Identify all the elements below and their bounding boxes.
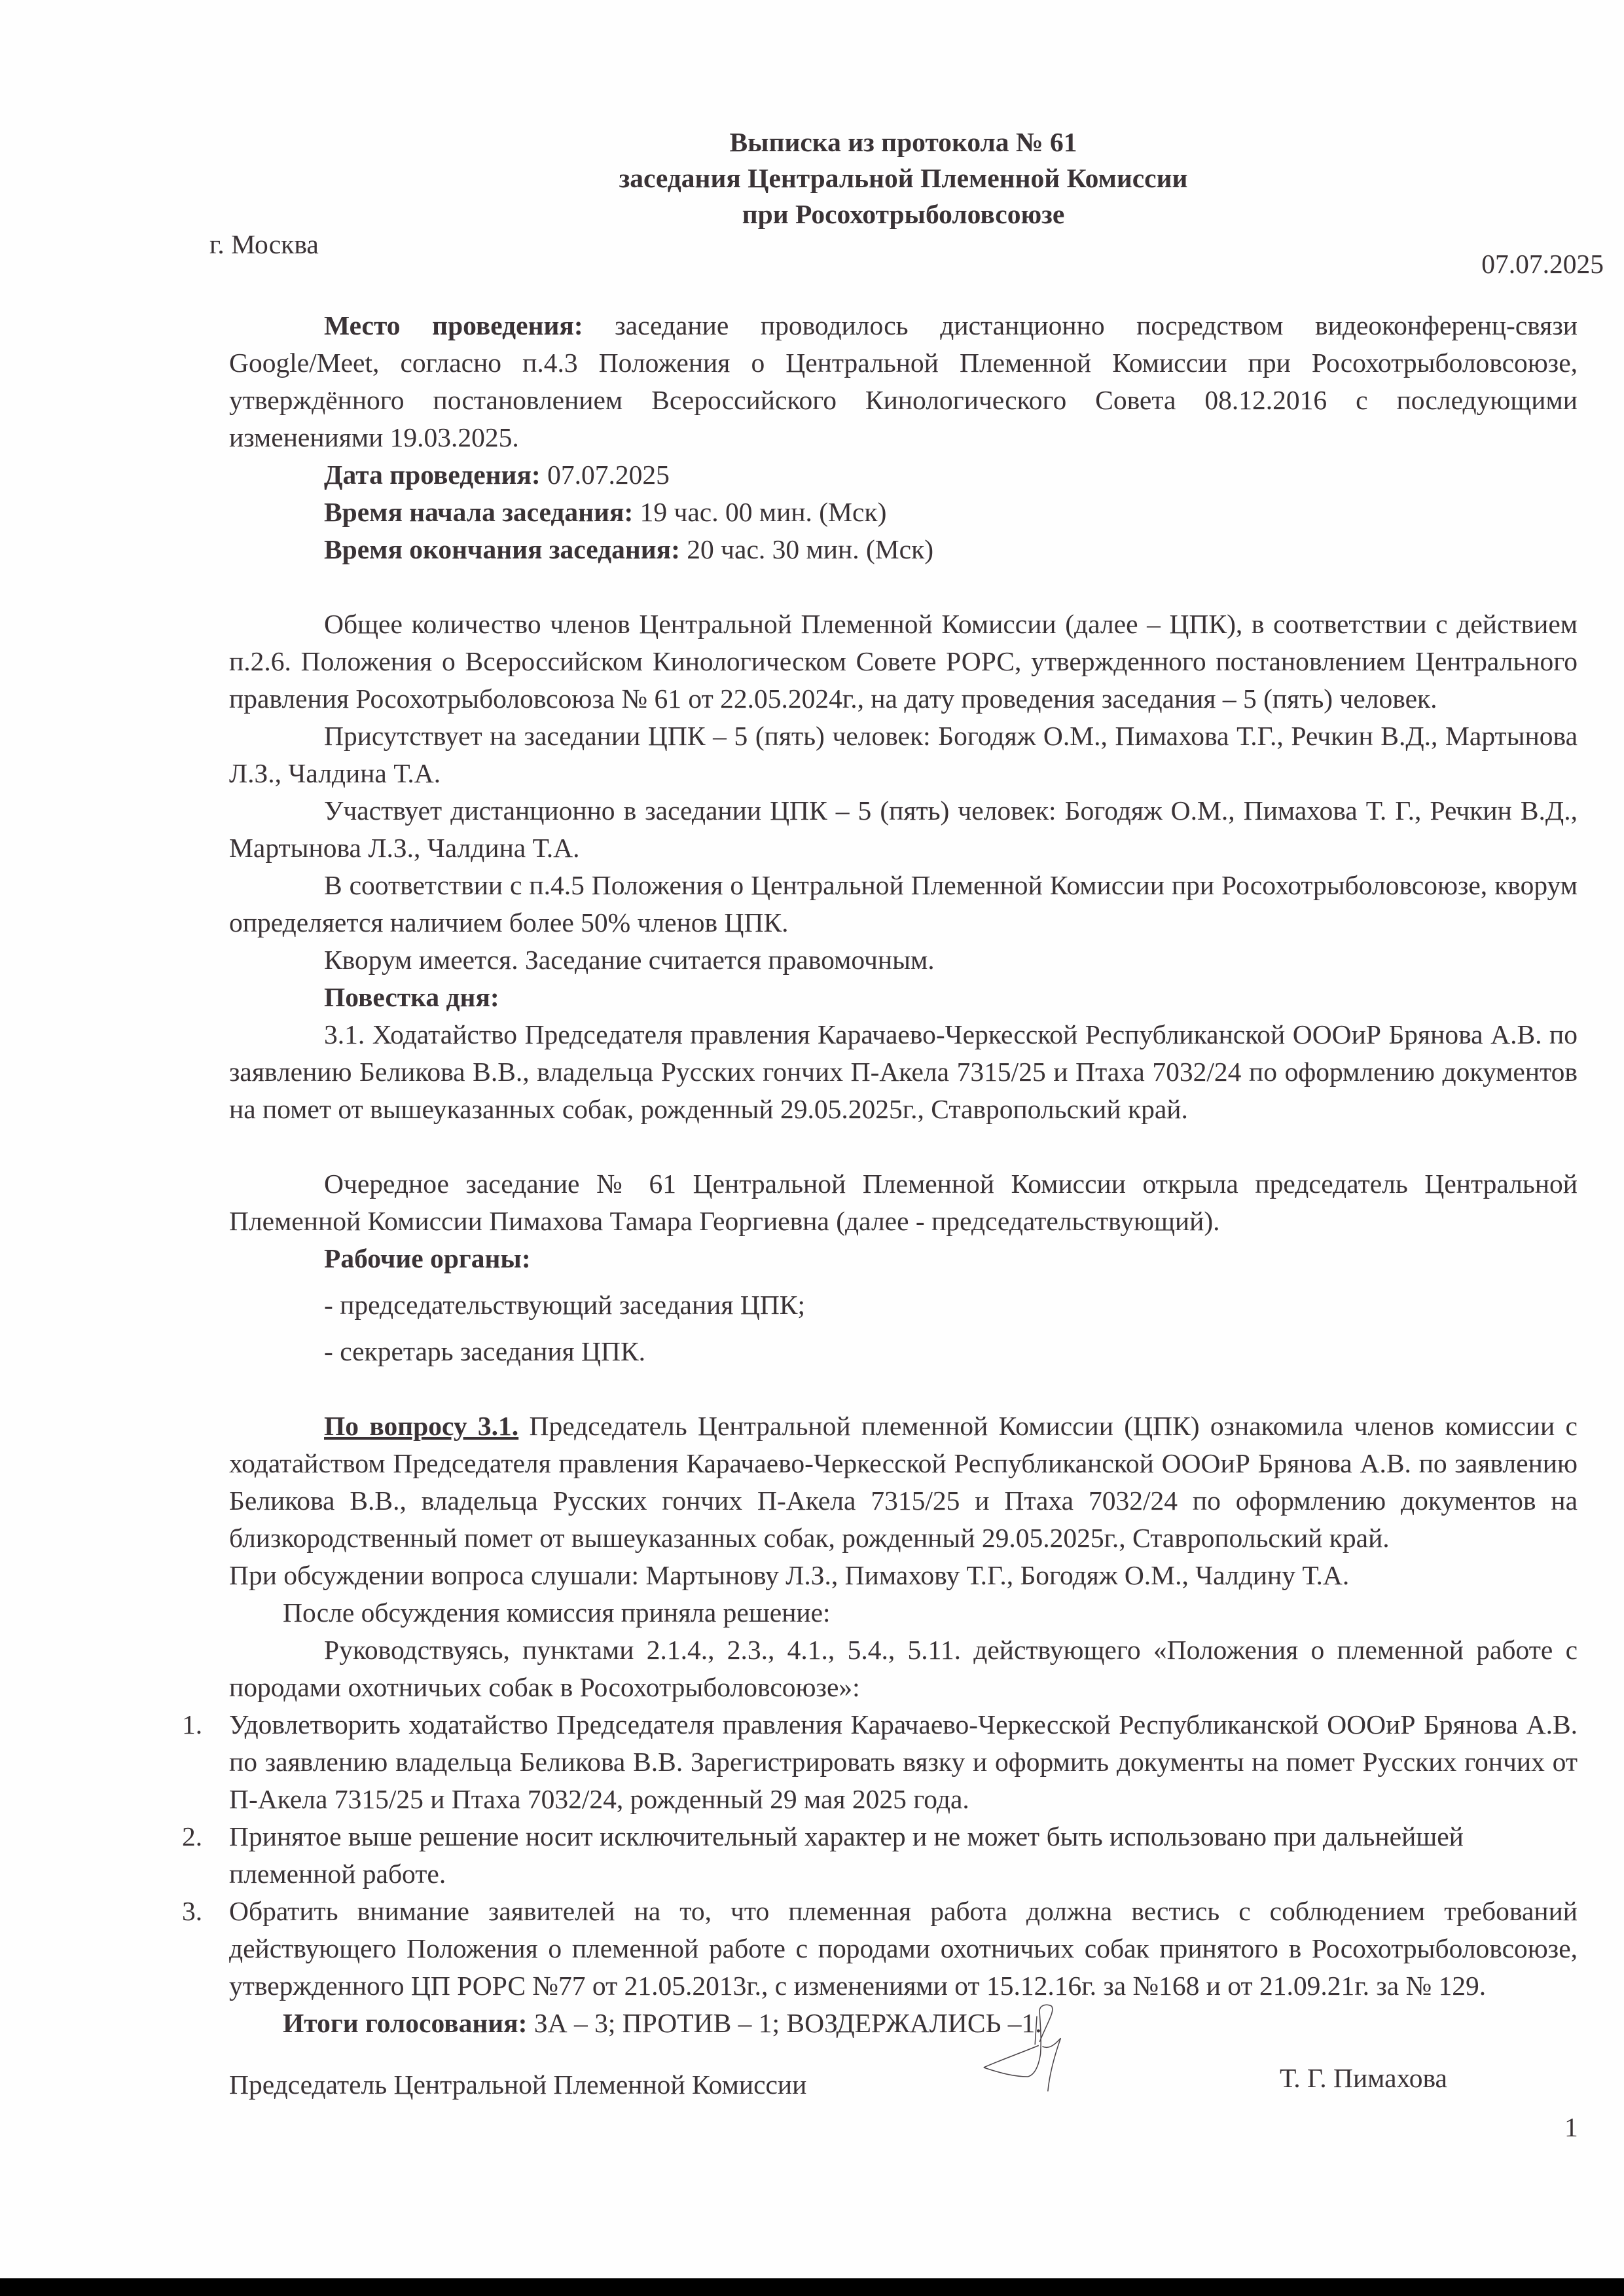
opening-text: Очередное заседание № 61 Центральной Пле… bbox=[229, 1165, 1578, 1240]
decision-text: Удовлетворить ходатайство Председателя п… bbox=[229, 1709, 1578, 1814]
document-title: Выписка из протокола № 61 заседания Цент… bbox=[229, 124, 1578, 232]
vote-label: Итоги голосования: bbox=[283, 2008, 527, 2038]
decision-text: Обратить внимание заявителей на то, что … bbox=[229, 1896, 1578, 2001]
agenda-label: Повестка дня: bbox=[229, 979, 1578, 1016]
meeting-date: Дата проведения: 07.07.2025 bbox=[229, 456, 1578, 494]
signatory-position: Председатель Центральной Племенной Комис… bbox=[229, 2069, 806, 2100]
attendance-present: Присутствует на заседании ЦПК – 5 (пять)… bbox=[229, 718, 1578, 792]
decision-number: 3. bbox=[182, 1893, 202, 1930]
document-body: Выписка из протокола № 61 заседания Цент… bbox=[229, 124, 1578, 2042]
page-number: 1 bbox=[1564, 2111, 1578, 2143]
end-value: 20 час. 30 мин. (Мск) bbox=[680, 534, 933, 564]
quorum-status: Кворум имеется. Заседание считается прав… bbox=[229, 941, 1578, 979]
decision-number: 2. bbox=[182, 1818, 202, 1855]
meeting-place: Место проведения: заседание проводилось … bbox=[229, 307, 1578, 456]
guided-by: Руководствуясь, пунктами 2.1.4., 2.3., 4… bbox=[229, 1631, 1578, 1706]
document-date: 07.07.2025 bbox=[1481, 246, 1604, 283]
decision-item: 3.Обратить внимание заявителей на то, чт… bbox=[229, 1893, 1578, 2005]
decision-item: 2.Принятое выше решение носит исключител… bbox=[229, 1818, 1578, 1893]
handwritten-signature-icon bbox=[982, 2003, 1074, 2095]
title-line-2: заседания Центральной Племенной Комиссии bbox=[229, 160, 1578, 196]
vote-result: ЗА – 3; ПРОТИВ – 1; ВОЗДЕРЖАЛИСЬ –1. bbox=[527, 2008, 1041, 2038]
working-bodies-label: Рабочие органы: bbox=[229, 1240, 1578, 1277]
meeting-start: Время начала заседания: 19 час. 00 мин. … bbox=[229, 494, 1578, 531]
attendance-remote: Участвует дистанционно в заседании ЦПК –… bbox=[229, 792, 1578, 867]
agenda-item: 3.1. Ходатайство Председателя правления … bbox=[229, 1016, 1578, 1128]
decisions-list: 1.Удовлетворить ходатайство Председателя… bbox=[229, 1706, 1578, 2005]
agenda-label-text: Повестка дня: bbox=[324, 982, 499, 1012]
scan-border bbox=[0, 2278, 1624, 2296]
signature-block: Председатель Центральной Племенной Комис… bbox=[229, 2062, 1578, 2141]
city-date-row: г. Москва 07.07.2025 bbox=[229, 232, 1578, 270]
start-label: Время начала заседания: bbox=[324, 497, 633, 527]
question-label: По вопросу 3.1. bbox=[324, 1411, 518, 1441]
start-value: 19 час. 00 мин. (Мск) bbox=[633, 497, 886, 527]
title-line-1: Выписка из протокола № 61 bbox=[229, 124, 1578, 160]
document-page: Выписка из протокола № 61 заседания Цент… bbox=[0, 0, 1624, 2278]
question-discussion: По вопросу 3.1. Председатель Центральной… bbox=[229, 1408, 1578, 1557]
date-value: 07.07.2025 bbox=[541, 460, 670, 490]
decision-text: Принятое выше решение носит исключительн… bbox=[229, 1821, 1464, 1889]
working-bodies-label-text: Рабочие органы: bbox=[324, 1243, 531, 1273]
end-label: Время окончания заседания: bbox=[324, 534, 680, 564]
city: г. Москва bbox=[209, 226, 319, 263]
place-label: Место проведения: bbox=[324, 310, 583, 340]
decision-item: 1.Удовлетворить ходатайство Председателя… bbox=[229, 1706, 1578, 1818]
working-body-item: - председательствующий заседания ЦПК; bbox=[229, 1286, 1578, 1324]
decision-intro: После обсуждения комиссия приняла решени… bbox=[229, 1594, 1578, 1631]
meeting-end: Время окончания заседания: 20 час. 30 ми… bbox=[229, 531, 1578, 568]
date-label: Дата проведения: bbox=[324, 460, 541, 490]
title-line-3: при Росохотрыболовсоюзе bbox=[229, 196, 1578, 232]
decision-number: 1. bbox=[182, 1706, 202, 1743]
heard-speakers: При обсуждении вопроса слушали: Мартынов… bbox=[229, 1557, 1578, 1594]
signatory-name: Т. Г. Пимахова bbox=[1280, 2062, 1447, 2094]
vote-results: Итоги голосования: ЗА – 3; ПРОТИВ – 1; В… bbox=[229, 2005, 1578, 2042]
working-body-item: - секретарь заседания ЦПК. bbox=[229, 1333, 1578, 1370]
quorum-rule: В соответствии с п.4.5 Положения о Центр… bbox=[229, 867, 1578, 941]
attendance-total: Общее количество членов Центральной Плем… bbox=[229, 606, 1578, 718]
